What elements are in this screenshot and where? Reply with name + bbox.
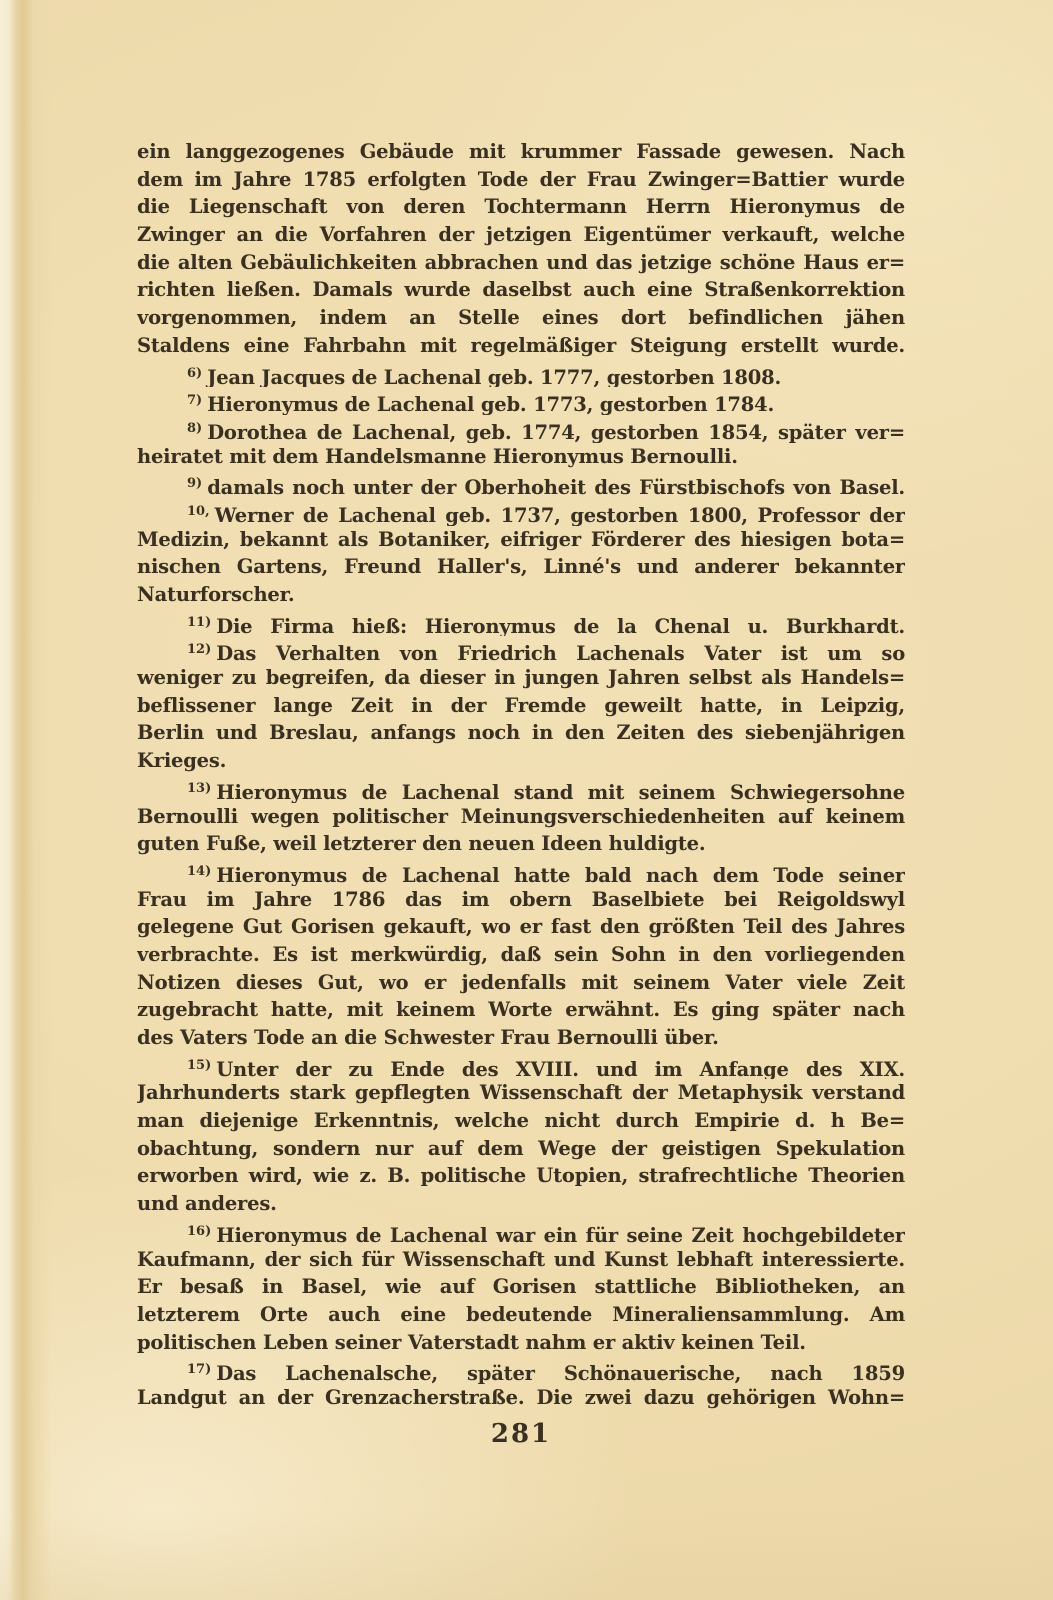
text-line: 8)Dorothea de Lachenal, geb. 1774, gesto… <box>137 415 905 443</box>
footnote-marker: 10, <box>187 504 210 519</box>
footnote-marker: 7) <box>187 393 202 408</box>
text-line: guten Fuße, weil letzterer den neuen Ide… <box>137 830 905 858</box>
book-page: ein langgezogenes Gebäude mit krummer Fa… <box>0 0 1053 1600</box>
text-line: 12)Das Verhalten von Friedrich Lachenals… <box>137 636 905 664</box>
text-line: Naturforscher. <box>137 581 905 609</box>
text-line: zugebracht hatte, mit keinem Worte erwäh… <box>137 996 905 1024</box>
text-line: dem im Jahre 1785 erfolgten Tode der Fra… <box>137 166 905 194</box>
text-line: 11)Die Firma hieß: Hieronymus de la Chen… <box>137 609 905 637</box>
page-number: 281 <box>137 1419 905 1449</box>
footnote-marker: 13) <box>187 781 211 796</box>
text-line: 10,Werner de Lachenal geb. 1737, gestorb… <box>137 498 905 526</box>
footnote-marker: 17) <box>187 1362 211 1377</box>
text-line: 7)Hieronymus de Lachenal geb. 1773, gest… <box>137 387 905 415</box>
footnote-marker: 14) <box>187 864 211 879</box>
text-line: richten ließen. Damals wurde daselbst au… <box>137 276 905 304</box>
text-line: Berlin und Breslau, anfangs noch in den … <box>137 719 905 747</box>
text-line: beflissener lange Zeit in der Fremde gew… <box>137 692 905 720</box>
text-line: die alten Gebäulichkeiten abbrachen und … <box>137 249 905 277</box>
text-line: Medizin, bekannt als Botaniker, eifriger… <box>137 526 905 554</box>
text-line: Jahrhunderts stark gepflegten Wissenscha… <box>137 1079 905 1107</box>
footnote-marker: 16) <box>187 1224 211 1239</box>
footnote-marker: 11) <box>187 615 211 630</box>
text-line: 13)Hieronymus de Lachenal stand mit sein… <box>137 775 905 803</box>
text-line: ein langgezogenes Gebäude mit krummer Fa… <box>137 138 905 166</box>
text-line: Staldens eine Fahrbahn mit regelmäßiger … <box>137 332 905 360</box>
text-line: Landgut an der Grenzacherstraße. Die zwe… <box>137 1384 905 1412</box>
text-line: vorgenommen, indem an Stelle eines dort … <box>137 304 905 332</box>
text-line: man diejenige Erkenntnis, welche nicht d… <box>137 1107 905 1135</box>
text-line: Kaufmann, der sich für Wissenschaft und … <box>137 1246 905 1274</box>
text-line: 6)Jean Jacques de Lachenal geb. 1777, ge… <box>137 360 905 388</box>
footnote-marker: 6) <box>187 366 202 381</box>
footnote-marker: 15) <box>187 1058 211 1073</box>
text-line: Bernoulli wegen politischer Meinungsvers… <box>137 803 905 831</box>
text-line: nischen Gartens, Freund Haller's, Linné'… <box>137 553 905 581</box>
text-line: weniger zu begreifen, da dieser in junge… <box>137 664 905 692</box>
text-line: Frau im Jahre 1786 das im obern Baselbie… <box>137 886 905 914</box>
text-line: Notizen dieses Gut, wo er jedenfalls mit… <box>137 969 905 997</box>
text-block: ein langgezogenes Gebäude mit krummer Fa… <box>137 138 905 1412</box>
text-line: 14)Hieronymus de Lachenal hatte bald nac… <box>137 858 905 886</box>
text-line: die Liegenschaft von deren Tochtermann H… <box>137 193 905 221</box>
text-line: verbrachte. Es ist merkwürdig, daß sein … <box>137 941 905 969</box>
text-line: gelegene Gut Gorisen gekauft, wo er fast… <box>137 913 905 941</box>
text-line: 17)Das Lachenalsche, später Schönauerisc… <box>137 1356 905 1384</box>
text-line: 9)damals noch unter der Oberhoheit des F… <box>137 470 905 498</box>
text-line: letzterem Orte auch eine bedeutende Mine… <box>137 1301 905 1329</box>
text-line: heiratet mit dem Handelsmanne Hieronymus… <box>137 443 905 471</box>
text-line: und anderes. <box>137 1190 905 1218</box>
footnote-marker: 8) <box>187 421 202 436</box>
text-line: 15)Unter der zu Ende des XVIII. und im A… <box>137 1052 905 1080</box>
text-line: politischen Leben seiner Vaterstadt nahm… <box>137 1329 905 1357</box>
footnote-marker: 12) <box>187 642 211 657</box>
footnote-marker: 9) <box>187 476 202 491</box>
text-line: erworben wird, wie z. B. politische Utop… <box>137 1162 905 1190</box>
text-line: des Vaters Tode an die Schwester Frau Be… <box>137 1024 905 1052</box>
text-line: Krieges. <box>137 747 905 775</box>
text-line: 16)Hieronymus de Lachenal war ein für se… <box>137 1218 905 1246</box>
text-line: Er besaß in Basel, wie auf Gorisen statt… <box>137 1273 905 1301</box>
text-line: obachtung, sondern nur auf dem Wege der … <box>137 1135 905 1163</box>
text-line: Zwinger an die Vorfahren der jetzigen Ei… <box>137 221 905 249</box>
